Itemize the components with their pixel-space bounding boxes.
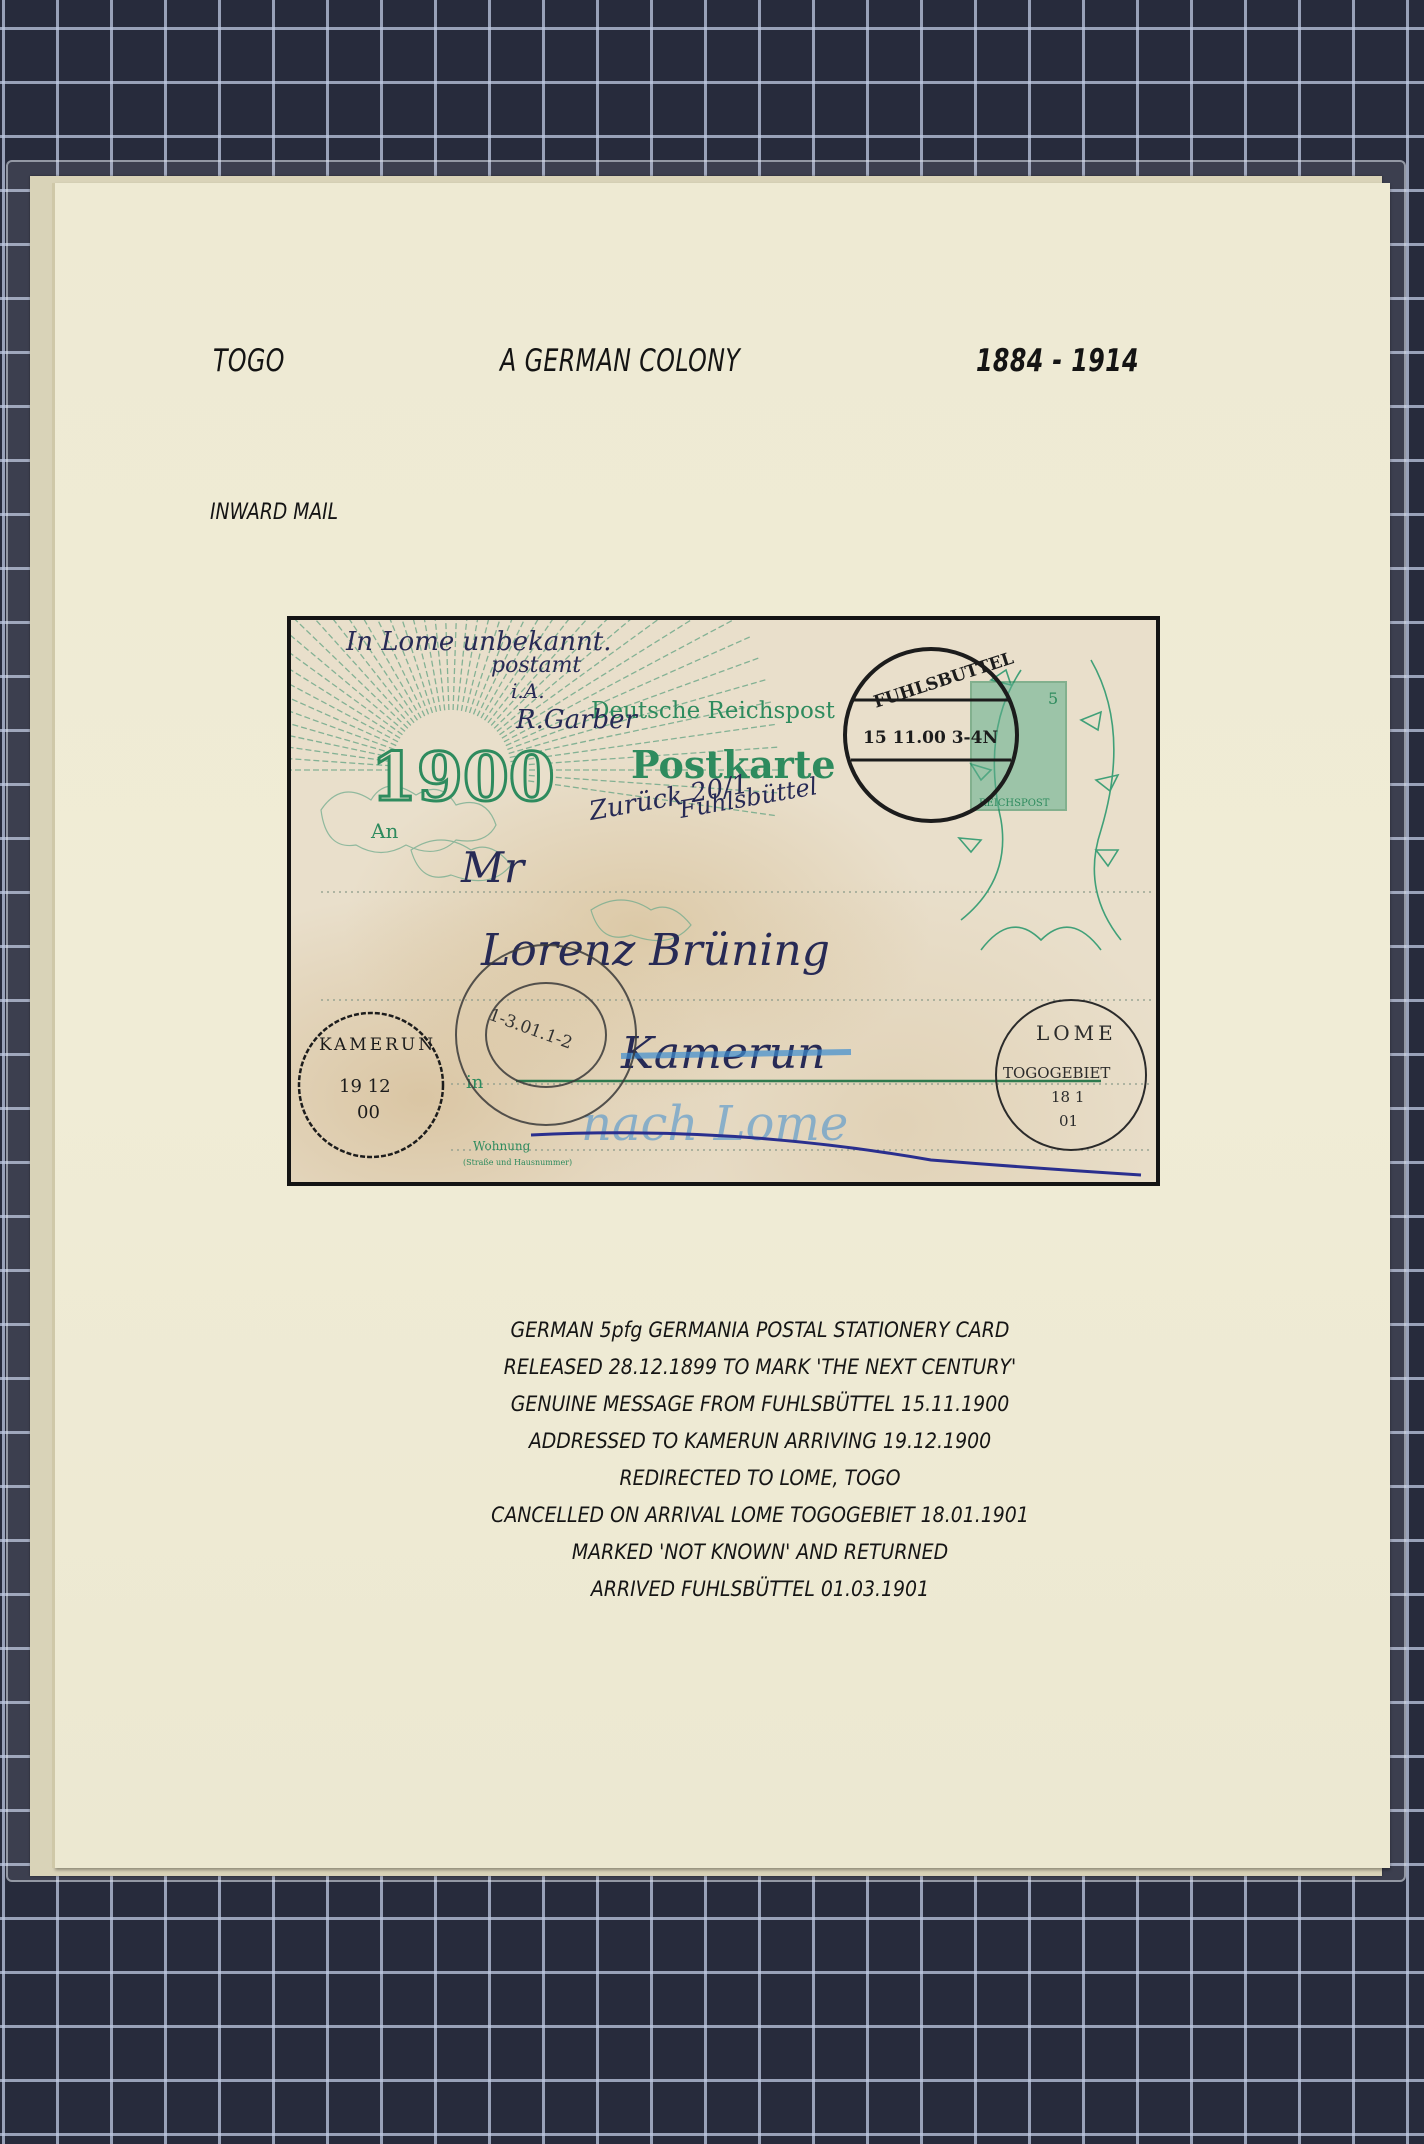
printed-residence-label: Wohnung [473,1139,531,1153]
postcard-mount: 1900 An Deutsche Reichspost Postkarte in… [287,616,1160,1186]
section-label: INWARD MAIL [210,500,338,525]
description-line: MARKED 'NOT KNOWN' AND RETURNED [310,1534,1210,1571]
postmark-lome-year: 01 [1059,1112,1078,1130]
header-title: A GERMAN COLONY [500,343,740,379]
postmark-kamerun-place: KAMERUN [319,1035,436,1055]
hw-addressee: Lorenz Brüning [480,925,830,976]
description-line: ARRIVED FUHLSBÜTTEL 01.03.1901 [310,1571,1210,1608]
header-period: 1884 - 1914 [976,343,1139,379]
stamp-value: 5 [1048,689,1058,708]
header-country: TOGO [213,343,285,379]
postmark-lome-place: LOME [1036,1021,1117,1045]
postmark-lome-date: 18 1 [1051,1088,1084,1106]
printed-residence-note: (Straße und Hausnummer) [463,1158,572,1167]
description: GERMAN 5pfg GERMANIA POSTAL STATIONERY C… [260,1312,1260,1608]
postcard-artwork: 1900 An Deutsche Reichspost Postkarte in… [291,620,1156,1182]
hw-note-line3: i.A. [511,679,545,703]
description-line: GERMAN 5pfg GERMANIA POSTAL STATIONERY C… [310,1312,1210,1349]
hw-note-line2: postamt [491,653,581,678]
postmark-fuhlsbuttel-2-date: 1-3.01.1-2 [486,1005,575,1054]
hw-salutation: Mr [460,843,527,892]
postmark-lome-sub: TOGOGEBIET [1003,1064,1110,1082]
postmark-fuhlsbuttel-1-date: 15 11.00 3-4N [863,728,998,748]
description-line: GENUINE MESSAGE FROM FUHLSBÜTTEL 15.11.1… [310,1386,1210,1423]
description-line: ADDRESSED TO KAMERUN ARRIVING 19.12.1900 [310,1423,1210,1460]
description-line: REDIRECTED TO LOME, TOGO [310,1460,1210,1497]
description-line: RELEASED 28.12.1899 TO MARK 'THE NEXT CE… [310,1349,1210,1386]
postmark-kamerun-year: 00 [357,1102,380,1123]
description-line: CANCELLED ON ARRIVAL LOME TOGOGEBIET 18.… [310,1497,1210,1534]
printed-year: 1900 [371,738,555,816]
printed-to-label: An [370,819,398,843]
postmark-kamerun-date: 19 12 [339,1076,391,1097]
hw-note-line4: R.Garber [515,705,639,735]
